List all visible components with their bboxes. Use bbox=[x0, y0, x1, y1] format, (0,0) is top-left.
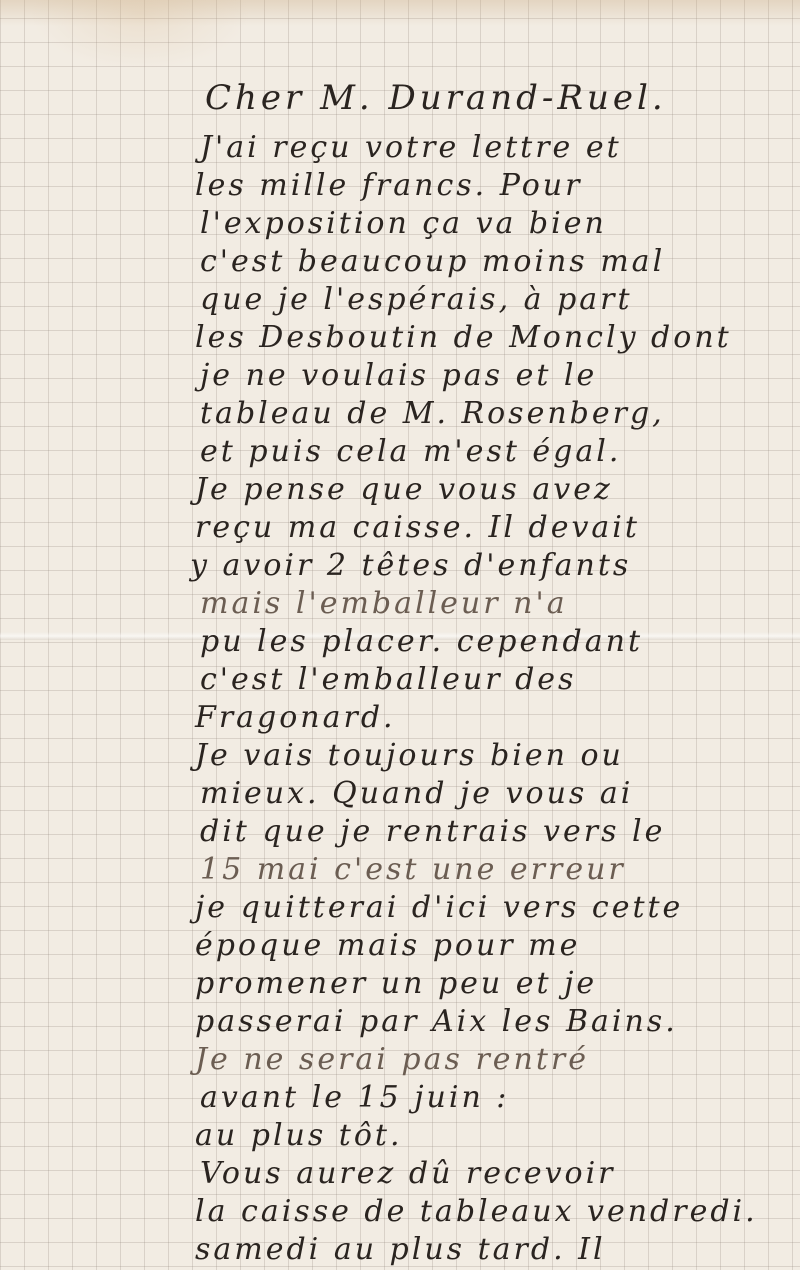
letter-line: 15 mai c'est une erreur bbox=[200, 852, 626, 888]
letter-line: J'ai reçu votre lettre et bbox=[200, 130, 622, 166]
letter-line: les mille francs. Pour bbox=[195, 168, 582, 204]
letter-line: promener un peu et je bbox=[195, 966, 597, 1002]
letter-line: la caisse de tableaux vendredi. bbox=[195, 1194, 758, 1230]
letter-line: au plus tôt. bbox=[195, 1118, 403, 1154]
letter-line: Je pense que vous avez bbox=[195, 472, 613, 508]
letter-line: que je l'espérais, à part bbox=[200, 282, 633, 318]
letter-line: c'est l'emballeur des bbox=[200, 662, 576, 698]
letter-line: les Desboutin de Moncly dont bbox=[195, 320, 732, 356]
letter-line: samedi au plus tard. Il bbox=[195, 1232, 606, 1268]
letter-line: passerai par Aix les Bains. bbox=[195, 1004, 678, 1040]
letter-line: époque mais pour me bbox=[195, 928, 580, 964]
letter-line: Fragonard. bbox=[195, 700, 396, 736]
letter-line: Je vais toujours bien ou bbox=[195, 738, 624, 774]
letter-line: et puis cela m'est égal. bbox=[200, 434, 621, 470]
handwritten-letter: Cher M. Durand-Ruel. J'ai reçu votre let… bbox=[0, 0, 800, 1270]
letter-line: Je ne serai pas rentré bbox=[195, 1042, 589, 1078]
letter-line: mieux. Quand je vous ai bbox=[200, 776, 633, 812]
letter-line: pu les placer. cependant bbox=[200, 624, 643, 660]
letter-line: je quitterai d'ici vers cette bbox=[195, 890, 683, 926]
letter-line: avant le 15 juin : bbox=[200, 1080, 509, 1116]
letter-line: l'exposition ça va bien bbox=[200, 206, 607, 242]
letter-line: c'est beaucoup moins mal bbox=[200, 244, 665, 280]
letter-line: reçu ma caisse. Il devait bbox=[195, 510, 640, 546]
letter-line: dit que je rentrais vers le bbox=[200, 814, 665, 850]
letter-line: tableau de M. Rosenberg, bbox=[200, 396, 665, 432]
letter-line: je ne voulais pas et le bbox=[200, 358, 597, 394]
letter-salutation: Cher M. Durand-Ruel. bbox=[205, 78, 667, 118]
letter-line: y avoir 2 têtes d'enfants bbox=[190, 548, 631, 584]
letter-line: mais l'emballeur n'a bbox=[200, 586, 568, 622]
letter-line: Vous aurez dû recevoir bbox=[200, 1156, 616, 1192]
